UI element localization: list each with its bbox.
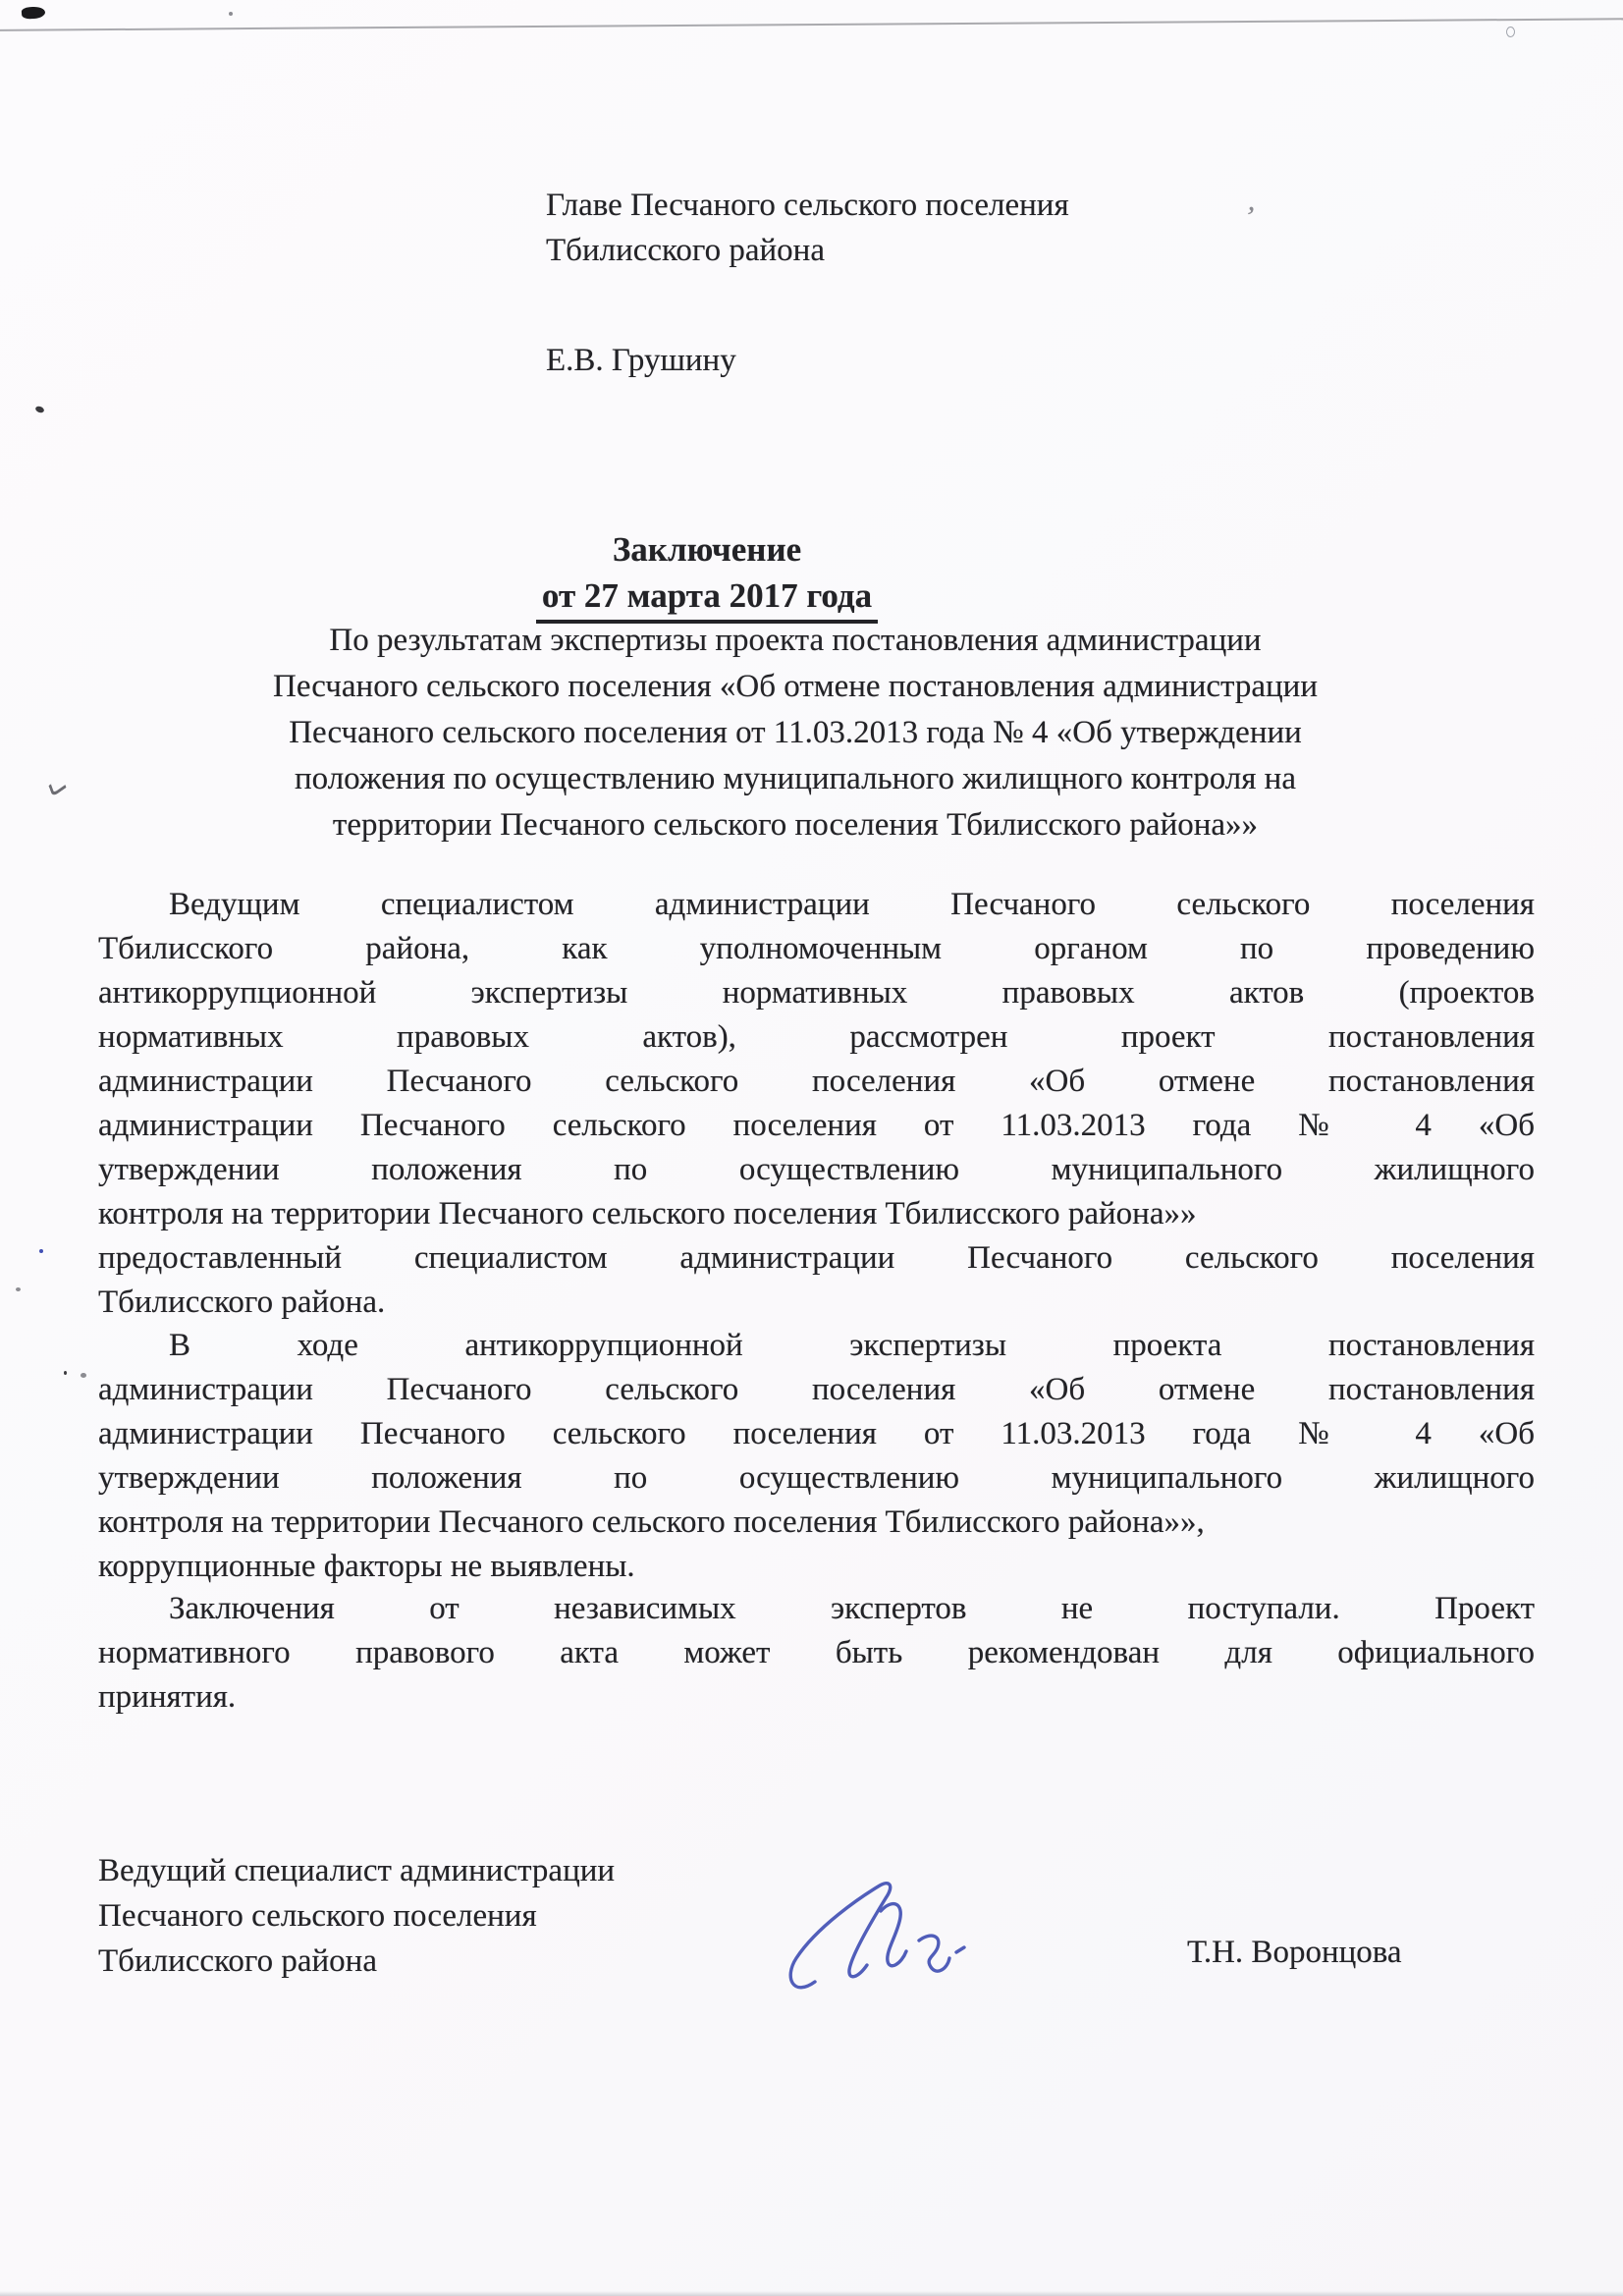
scan-comma-artifact: , — [1247, 185, 1259, 219]
document-title: Заключение — [98, 526, 1316, 573]
addressee-block: Главе Песчаного сельского поселения Тбил… — [546, 183, 1069, 383]
signature-position-line: Тбилисского района — [98, 1939, 615, 1984]
text-line: контроля на территории Песчаного сельско… — [98, 1501, 1535, 1545]
scan-speck — [64, 1371, 67, 1375]
text-line: администрации Песчаного сельского поселе… — [98, 1104, 1535, 1148]
body-paragraph-1: Ведущим специалистом администрации Песча… — [98, 883, 1535, 1325]
text-line: утверждении положения по осуществлению м… — [98, 1148, 1535, 1192]
document-subtitle: По результатам экспертизы проекта постан… — [98, 618, 1492, 848]
signature-position-block: Ведущий специалист администрации Песчано… — [98, 1848, 615, 1984]
handwritten-signature-icon — [782, 1864, 1007, 2011]
body-paragraph-2: В ходе антикоррупционной экспертизы прое… — [98, 1324, 1535, 1589]
scan-dot-artifact — [1506, 27, 1515, 37]
scan-speck — [39, 1249, 43, 1253]
signer-name: Т.Н. Воронцова — [1187, 1935, 1402, 1971]
text-line: Заключения от независимых экспертов не п… — [98, 1587, 1535, 1631]
document-title-block: Заключение от 27 марта 2017 года — [98, 526, 1316, 624]
signature-position-line: Ведущий специалист администрации — [98, 1848, 615, 1893]
scan-tick-artifact — [48, 776, 66, 796]
scan-edge-line — [0, 18, 1623, 31]
subtitle-line: Песчаного сельского поселения «Об отмене… — [98, 664, 1492, 710]
addressee-name: Е.В. Грушину — [546, 338, 1069, 383]
scan-speck — [81, 1373, 86, 1378]
subtitle-line: положения по осуществлению муниципальног… — [98, 756, 1492, 802]
body-paragraph-3: Заключения от независимых экспертов не п… — [98, 1587, 1535, 1720]
text-line: Тбилисского района. — [98, 1281, 1535, 1325]
text-line: нормативных правовых актов), рассмотрен … — [98, 1015, 1535, 1060]
scan-speck — [34, 406, 45, 414]
scan-speck — [16, 1287, 21, 1291]
text-line: нормативного правового акта может быть р… — [98, 1631, 1535, 1675]
subtitle-line: По результатам экспертизы проекта постан… — [98, 618, 1492, 664]
scan-bottom-edge — [0, 2291, 1623, 2296]
addressee-line: Тбилисского района — [546, 228, 1069, 273]
subtitle-line: Песчаного сельского поселения от 11.03.2… — [98, 710, 1492, 756]
subtitle-line: территории Песчаного сельского поселения… — [98, 802, 1492, 848]
signature-position-line: Песчаного сельского поселения — [98, 1893, 615, 1939]
text-line: контроля на территории Песчаного сельско… — [98, 1192, 1535, 1236]
document-date: от 27 марта 2017 года — [536, 573, 878, 624]
text-line: администрации Песчаного сельского поселе… — [98, 1060, 1535, 1104]
text-line: принятия. — [98, 1675, 1535, 1720]
text-line: антикоррупционной экспертизы нормативных… — [98, 971, 1535, 1015]
text-line: Ведущим специалистом администрации Песча… — [98, 883, 1535, 927]
text-line: предоставленный специалистом администрац… — [98, 1236, 1535, 1281]
scan-speck — [229, 12, 233, 16]
text-line: администрации Песчаного сельского поселе… — [98, 1368, 1535, 1412]
text-line: коррупционные факторы не выявлены. — [98, 1545, 1535, 1589]
text-line: В ходе антикоррупционной экспертизы прое… — [98, 1324, 1535, 1368]
text-line: утверждении положения по осуществлению м… — [98, 1456, 1535, 1501]
text-line: администрации Песчаного сельского поселе… — [98, 1412, 1535, 1456]
addressee-line: Главе Песчаного сельского поселения — [546, 183, 1069, 228]
scanned-document-page: , Главе Песчаного сельского поселения Тб… — [0, 0, 1623, 2296]
scan-blob-artifact — [22, 6, 46, 20]
text-line: Тбилисского района, как уполномоченным о… — [98, 927, 1535, 971]
